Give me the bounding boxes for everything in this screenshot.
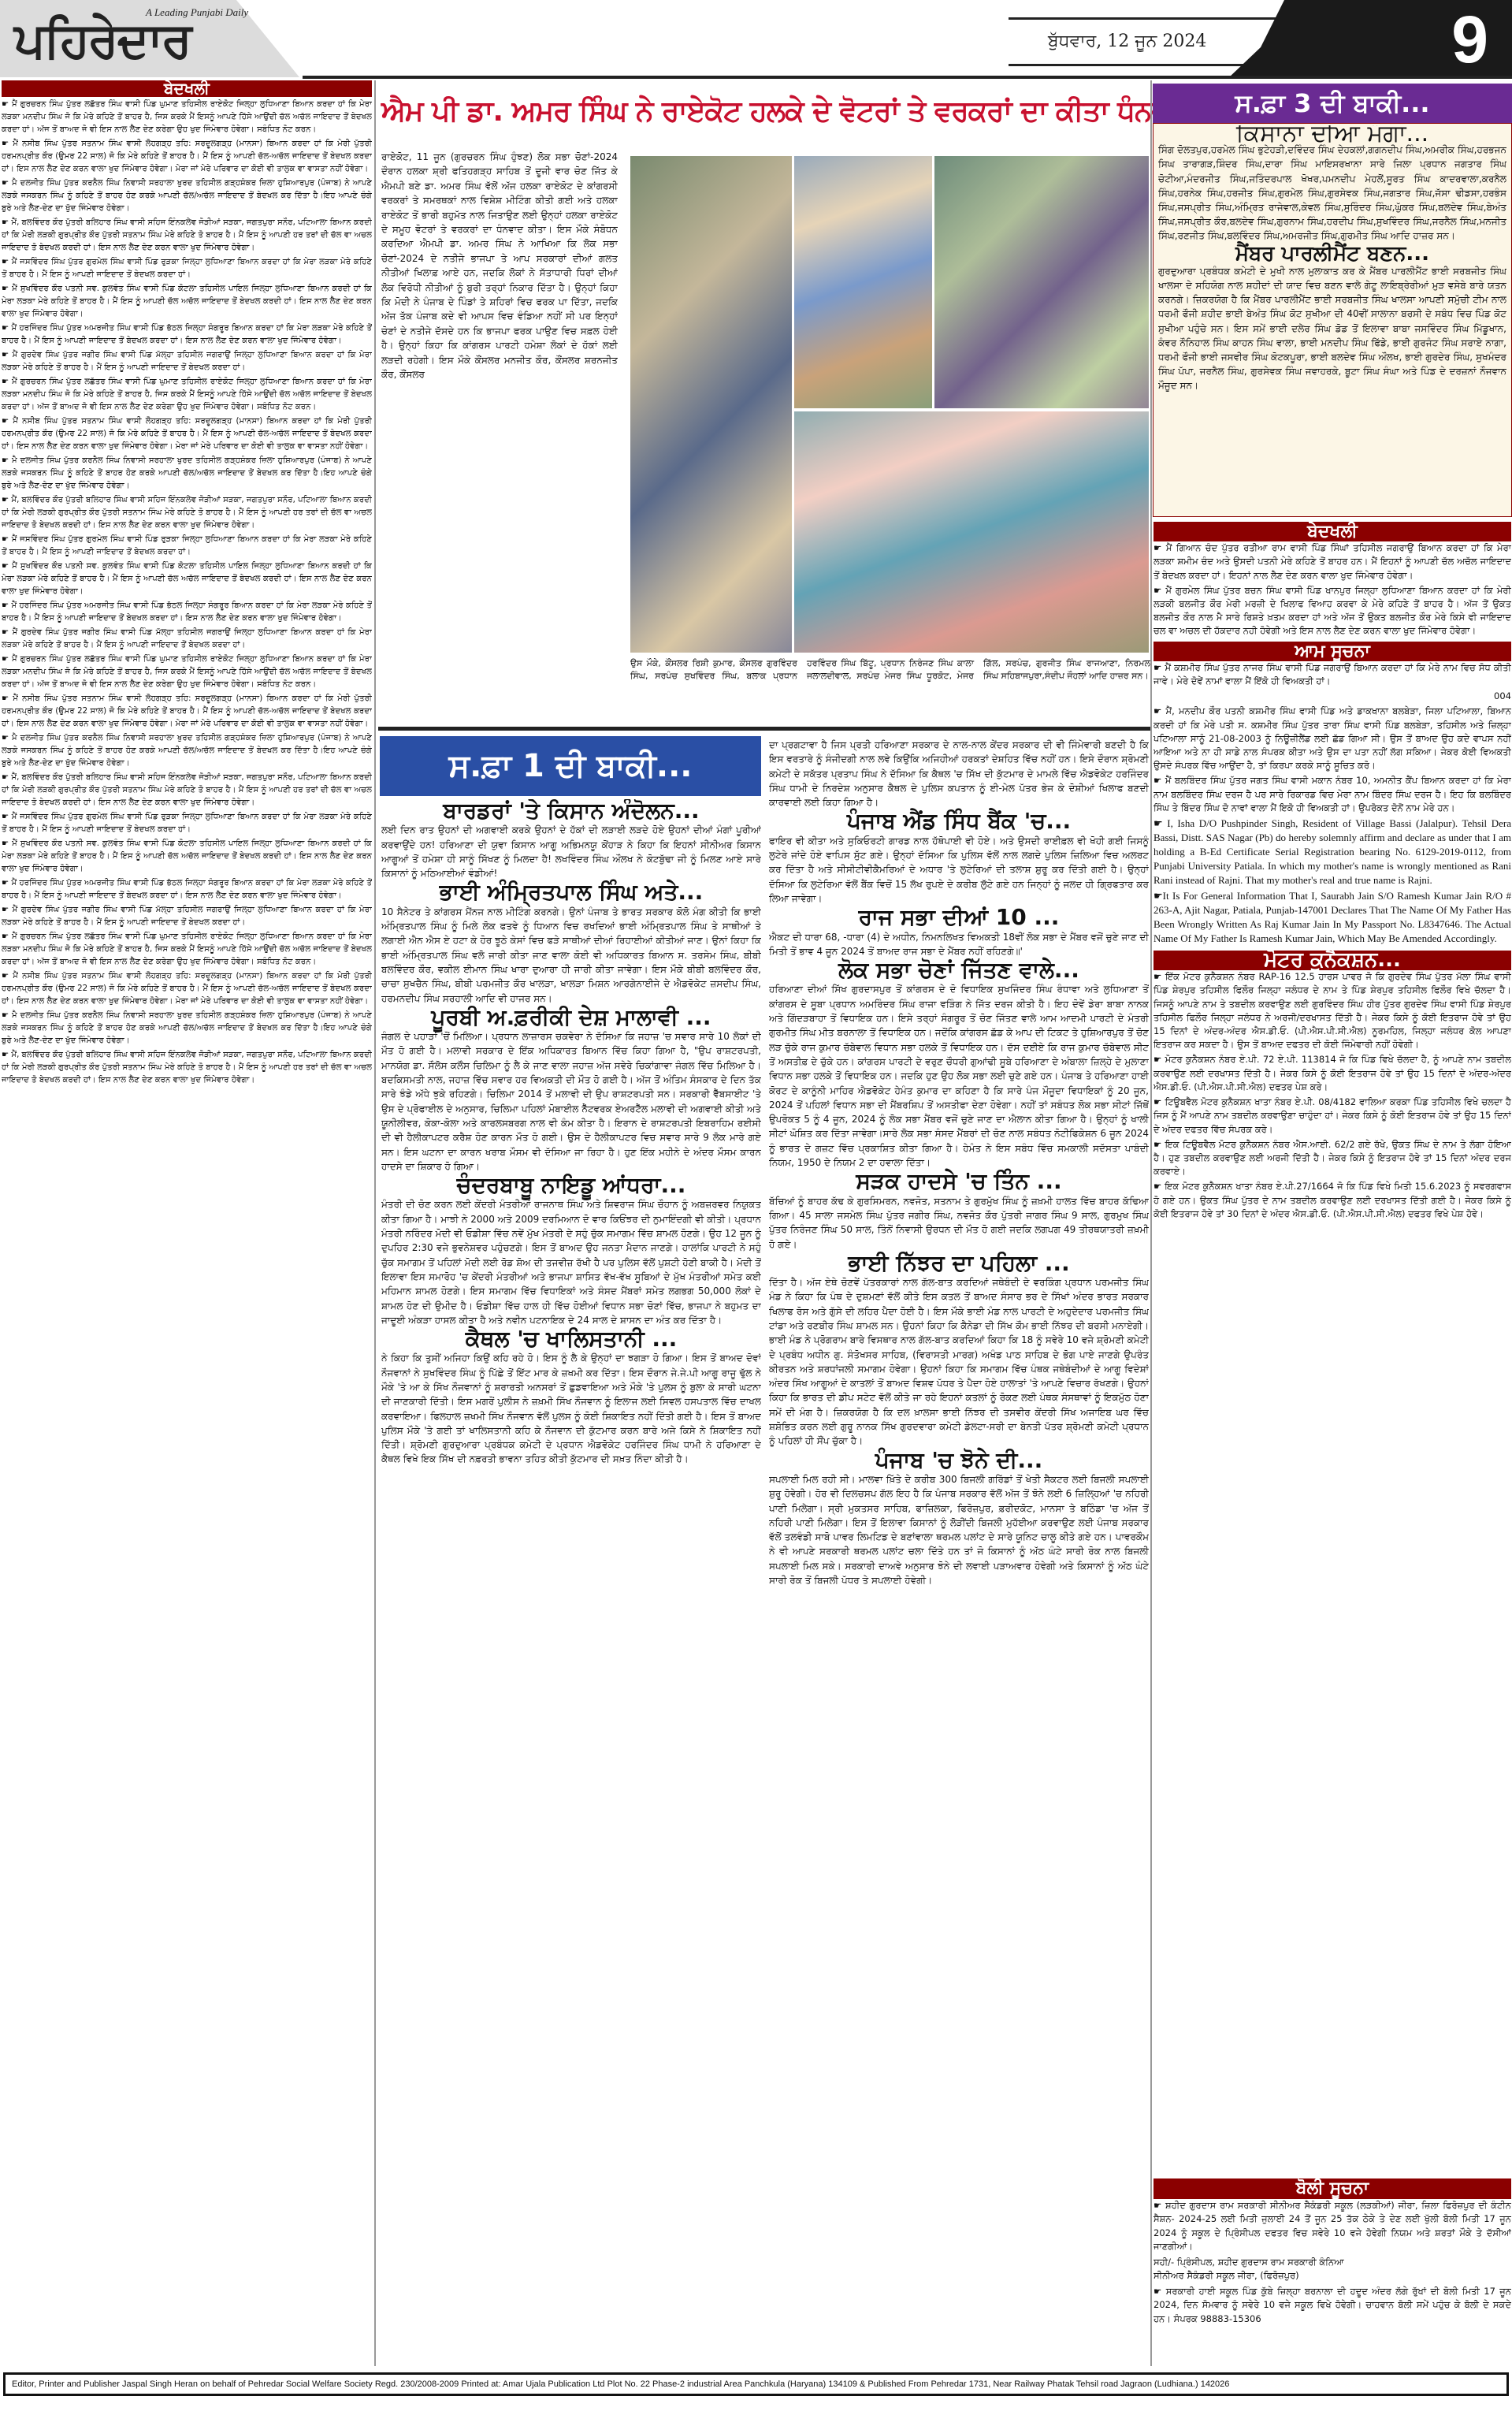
notice-item: ☛ ਟਿਊਬਵੈਲ ਮੋਟਰ ਕੁਨੈਕਸ਼ਨ ਖਾਤਾ ਨੰਬਰ ਏ.ਪੀ. … — [1154, 1096, 1511, 1137]
story-title: ਸੜਕ ਹਾਦਸੇ 'ਚ ਤਿੰਨ ... — [769, 1174, 1149, 1189]
notice-item: ☛ ਮੈਂ ਗੁਰਦੇਵ ਸਿੰਘ ਪੁੱਤਰ ਜਗੀਰ ਸਿੰਘ ਵਾਸੀ ਪ… — [2, 349, 372, 374]
section-header-aam-suchna: ਆਮ ਸੂਚਨਾ — [1154, 642, 1511, 661]
section-header-bedkhli: ਬੇਦਖਲੀ — [2, 80, 372, 97]
story-body: 10 ਸੈਨੇਟਰ ਤੇ ਕਾਂਗਰਸ ਮੈਂਨਜ ਨਾਲ ਮੀਟਿੰਗ ਕਰਨ… — [381, 905, 761, 1006]
story-photo-crowd — [794, 411, 1149, 653]
notice-item: ☛ ਮੈਂ ਸੁਖਵਿੰਦਰ ਕੌਰ ਪਤਨੀ ਸਵ. ਕੁਲਵੰਤ ਸਿੰਘ … — [2, 838, 372, 876]
notice-item: ☛ ਮੈਂ ਗੁਰਚਰਨ ਸਿੰਘ ਪੁੱਤਰ ਲਛੱਤਰ ਸਿੰਘ ਵਾਸੀ … — [2, 931, 372, 969]
notice-item: ☛ ਮੈਂ, ਬਲਵਿੰਦਰ ਕੌਰ ਪੁੱਤਰੀ ਬਲਿਹਾਰ ਸਿੰਘ ਵਾ… — [2, 1049, 372, 1087]
story-title: ਰਾਜ ਸਭਾ ਦੀਆਂ 10 ... — [769, 910, 1149, 925]
page-number-badge: 9 — [1229, 0, 1512, 77]
masthead-rule — [303, 76, 1512, 79]
story-body: ਦਿੱਤਾ ਹੈ। ਅੱਜ ਏਥੇ ਚੋਣਵੇਂ ਪੱਤਰਕਾਰਾਂ ਨਾਲ ਗ… — [769, 1275, 1149, 1449]
notice-item: ☛ ਮੈਂ ਹਰਜਿੰਦਰ ਸਿੰਘ ਪੁੱਤਰ ਅਮਰਜੀਤ ਸਿੰਘ ਵਾਸ… — [2, 322, 372, 348]
story-body: ਐਕਟ ਦੀ ਧਾਰਾ 68, -ਧਾਰਾ (4) ਦੇ ਅਧੀਨ, ਨਿਮਨਲ… — [769, 930, 1149, 959]
notice-item: ☛ ਮੈਂ ਗੁਰਚਰਨ ਸਿੰਘ ਪੁੱਤਰ ਲਛੱਤਰ ਸਿੰਘ ਵਾਸੀ … — [2, 653, 372, 691]
story-body: ਸਪਲਾਈ ਮਿਲ ਰਹੀ ਸੀ। ਮਾਲਵਾ ਖ਼ਿੱਤੇ ਦੇ ਕਰੀਬ 3… — [769, 1472, 1149, 1587]
page1-continued-col1: ਬਾਰਡਰਾਂ 'ਤੇ ਕਿਸਾਨ ਅੰਦੋਲਨ... ਲਈ ਦਿਨ ਰਾਤ ਉ… — [381, 799, 761, 2368]
notice-item: ☛ ਮੋਟਰ ਕੁਨੈਕਸ਼ਨ ਨੰਬਰ ਏ.ਪੀ. 72 ਏ.ਪੀ. 1138… — [1154, 1053, 1511, 1094]
english-notice: ☛ I, Isha D/O Pushpinder Singh, Resident… — [1154, 817, 1511, 887]
page1-continued-col2: ਦਾ ਪ੍ਰਗਟਾਵਾ ਹੈ ਜਿਸ ਪ੍ਰਤੀ ਹਰਿਆਣਾ ਸਰਕਾਰ ਦੇ… — [769, 738, 1149, 2366]
story-title: ਬਾਰਡਰਾਂ 'ਤੇ ਕਿਸਾਨ ਅੰਦੋਲਨ... — [381, 804, 761, 818]
notice-item: ☛ ਮੈਂ ਗੁਰਚਰਨ ਸਿੰਘ ਪੁੱਤਰ ਲਛੱਤਰ ਸਿੰਘ ਵਾਸੀ … — [2, 99, 372, 136]
notice-signature: ਸਹੀ/- ਪ੍ਰਿੰਸੀਪਲ, ਸ਼ਹੀਦ ਗੁਰਦਾਸ ਰਾਮ ਸਰਕਾਰੀ… — [1154, 2256, 1511, 2270]
notice-item: ☛ ਮੈਂ ਨਸੀਬ ਸਿੰਘ ਪੁੱਤਰ ਸਤਨਾਮ ਸਿੰਘ ਵਾਸੀ ਲੋ… — [2, 693, 372, 731]
notice-item: ☛ ਮੈਂ ਜਸਵਿੰਦਰ ਸਿੰਘ ਪੁੱਤਰ ਗੁਰਮੇਲ ਸਿੰਘ ਵਾਸ… — [2, 534, 372, 559]
notice-item: ☛ ਮੈ ਦਲਜੀਤ ਸਿੰਘ ਪੁੱਤਰ ਕਰਨੈਲ ਸਿੰਘ ਨਿਵਾਸੀ … — [2, 177, 372, 215]
notice-ref-number: 004 — [1154, 690, 1511, 703]
notice-list: ☛ ਮੈਂ ਗੁਰਚਰਨ ਸਿੰਘ ਪੁੱਤਰ ਲਛੱਤਰ ਸਿੰਘ ਵਾਸੀ … — [2, 97, 372, 1087]
story-body: ਹਰਿਆਣਾ ਦੀਆਂ ਸਿੱਖ ਗੁਰਦਾਸਪੁਰ ਤੋਂ ਕਾਂਗਰਸ ਦੇ… — [769, 982, 1149, 1170]
notice-item: ☛ ਮੈਂ ਸੁਖਵਿੰਦਰ ਕੌਰ ਪਤਨੀ ਸਵ. ਕੁਲਵੰਤ ਸਿੰਘ … — [2, 560, 372, 598]
notice-item: ☛ ਮੈਂ ਨਸੀਬ ਸਿੰਘ ਪੁੱਤਰ ਸਤਨਾਮ ਸਿੰਘ ਵਾਸੀ ਲੋ… — [2, 970, 372, 1008]
notice-signature: ਸੀਨੀਅਰ ਸੈਕੰਡਰੀ ਸਕੂਲ ਜੀਰਾ, (ਫਿਰੋਜ਼ਪੁਰ) — [1154, 2269, 1511, 2283]
notice-item: ☛ ਮੈਂ, ਬਲਵਿੰਦਰ ਕੌਰ ਪੁੱਤਰੀ ਬਲਿਹਾਰ ਸਿੰਘ ਵਾ… — [2, 217, 372, 255]
publication-date: ਬੁੱਧਵਾਰ, 12 ਜੂਨ 2024 — [1048, 32, 1206, 51]
notice-item: ☛ ਮੈ ਦਲਜੀਤ ਸਿੰਘ ਪੁੱਤਰ ਕਰਨੈਲ ਸਿੰਘ ਨਿਵਾਸੀ … — [2, 455, 372, 493]
story-body: ਮੰਤਰੀ ਦੀ ਚੋਣ ਕਰਨ ਲਈ ਕੇਂਦਰੀ ਮੰਤਰੀਆਂ ਰਾਜਨਾ… — [381, 1197, 761, 1327]
notice-item: ☛ ਮੈ ਦਲਜੀਤ ਸਿੰਘ ਪੁੱਤਰ ਕਰਨੈਲ ਸਿੰਘ ਨਿਵਾਸੀ … — [2, 1010, 372, 1047]
notice-item: ☛ ਸਰਕਾਰੀ ਹਾਈ ਸਕੂਲ ਪਿੰਡ ਕੁੱਬੇ ਜ਼ਿਲ੍ਹਾ ਬਰਨ… — [1154, 2285, 1511, 2327]
notice-item: ☛ ਮੈਂ ਕਸ਼ਮੀਰ ਸਿੰਘ ਪੁੱਤਰ ਨਾਜਰ ਸਿੰਘ ਵਾਸੀ ਪ… — [1154, 661, 1511, 688]
notice-item: ☛ ਮੈਂ ਗੁਰਦੇਵ ਸਿੰਘ ਪੁੱਤਰ ਜਗੀਰ ਸਿੰਘ ਵਾਸੀ ਪ… — [2, 627, 372, 652]
story-title: ਮੈਂਬਰ ਪਾਰਲੀਮੈਂਟ ਬਣਨ... — [1158, 247, 1506, 261]
page-number: 9 — [1451, 2, 1488, 78]
notice-item: ☛ ਮੈਂ ਸੁਖਵਿੰਦਰ ਕੌਰ ਪਤਨੀ ਸਵ. ਕੁਲਵੰਤ ਸਿੰਘ … — [2, 283, 372, 321]
photo-caption: ਉਸ ਮੌਕੇ, ਕੌਂਸਲਰ ਰਿਸ਼ੀ ਕੁਮਾਰ, ਕੌਂਸਲਰ ਗੁਰਵ… — [630, 657, 1150, 720]
notice-item: ☛ ਮੈ ਦਲਜੀਤ ਸਿੰਘ ਪੁੱਤਰ ਕਰਨੈਲ ਸਿੰਘ ਨਿਵਾਸੀ … — [2, 732, 372, 770]
notice-item: ☛ ਮੈਂ, ਮਨਦੀਪ ਕੌਰ ਪਤਨੀ ਕਸ਼ਮੀਰ ਸਿੰਘ ਵਾਸੀ ਪ… — [1154, 705, 1511, 772]
main-story-body: ਰਾਏਕੋਟ, 11 ਜੂਨ (ਗੁਰਚਰਨ ਸਿੰਘ ਹੁੰਝਣ) ਲੋਕ ਸ… — [381, 150, 618, 701]
notice-item: ☛ ਮੈਂ ਨਸੀਬ ਸਿੰਘ ਪੁੱਤਰ ਸਤਨਾਮ ਸਿੰਘ ਵਾਸੀ ਲੋ… — [2, 138, 372, 176]
notice-item: ☛ ਮੈਂ ਗੁਰਦੇਵ ਸਿੰਘ ਪੁੱਤਰ ਜਗੀਰ ਸਿੰਘ ਵਾਸੀ ਪ… — [2, 904, 372, 929]
story-title: ਪੰਜਾਬ ਐਂਡ ਸਿੰਧ ਬੈਂਕ 'ਚ... — [769, 814, 1149, 828]
notice-item: ☛ ਇਕ ਟਿਊਬਵੈਲ ਮੋਟਰ ਕੁਨੈਕਸ਼ਨ ਨੰਬਰ ਐਸ.ਆਈ. 6… — [1154, 1138, 1511, 1179]
story-title: ਪੰਜਾਬ 'ਚ ਝੋਨੇ ਦੀ... — [769, 1453, 1149, 1468]
boli-suchna-section: ਬੋਲੀ ਸੂਚਨਾ ☛ ਸ਼ਹੀਦ ਗੁਰਦਾਸ ਰਾਮ ਸਰਕਾਰੀ ਸੀਨ… — [1154, 2178, 1511, 2368]
left-notices-column: ਬੇਦਖਲੀ ☛ ਮੈਂ ਗੁਰਚਰਨ ਸਿੰਘ ਪੁੱਤਰ ਲਛੱਤਰ ਸਿੰ… — [2, 80, 372, 2366]
main-headline: ਐਮ ਪੀ ਡਾ. ਅਮਰ ਸਿੰਘ ਨੇ ਰਾਏਕੋਟ ਹਲਕੇ ਦੇ ਵੋਟ… — [381, 88, 1154, 136]
notice-item: ☛ ਮੈਂ ਬਲਬਿੰਦਰ ਸਿੰਘ ਪੁੱਤਰ ਜਗਤ ਸਿੰਘ ਵਾਸੀ ਮ… — [1154, 774, 1511, 815]
story-body: ਬੱਚਿਆਂ ਨੂੰ ਬਾਹਰ ਕੱਢ ਕੇ ਗੁਰਸਿਮਰਨ, ਨਵਜੋਤ, … — [769, 1194, 1149, 1252]
column-divider — [1150, 80, 1152, 2366]
page1-continued-banner: ਸ.ਫ਼ਾ 1 ਦੀ ਬਾਕੀ... — [380, 736, 761, 796]
section-header-boli-suchna: ਬੋਲੀ ਸੂਚਨਾ — [1154, 2178, 1511, 2199]
notice-item: ☛ ਮੈਂ ਜਸਵਿੰਦਰ ਸਿੰਘ ਪੁੱਤਰ ਗੁਰਮੇਲ ਸਿੰਘ ਵਾਸ… — [2, 256, 372, 281]
notice-item: ☛ ਇੱਕ ਮੋਟਰ ਕੁਨੈਕਸ਼ਨ ਨੰਬਰ RAP-16 12.5 ਹਾਰ… — [1154, 970, 1511, 1051]
notice-item: ☛ ਮੈਂ, ਬਲਵਿੰਦਰ ਕੌਰ ਪੁੱਤਰੀ ਬਲਿਹਾਰ ਸਿੰਘ ਵਾ… — [2, 772, 372, 809]
story-body: ਜੰਗਲ ਦੇ ਪਹਾੜਾਂ 'ਚੋਂ ਮਿਲਿਆ। ਪ੍ਰਧਾਨ ਲਾਜ਼ਾਰ… — [381, 1029, 761, 1174]
story-body: ਸਿੰਗ ਦੋਲਤਪੁਰ,ਹਰਮੇਲ ਸਿੰਘ ਭੁਟੇਹੜੀ,ਦਵਿੰਦਰ ਸ… — [1158, 143, 1506, 243]
story-photo-group — [934, 156, 1149, 408]
story-body: ਦਾ ਪ੍ਰਗਟਾਵਾ ਹੈ ਜਿਸ ਪ੍ਰਤੀ ਹਰਿਆਣਾ ਸਰਕਾਰ ਦੇ… — [769, 738, 1149, 809]
english-notice: ☛It Is For General Information That I, S… — [1154, 889, 1511, 946]
notice-item: ☛ ਮੈਂ, ਬਲਵਿੰਦਰ ਕੌਰ ਪੁੱਤਰੀ ਬਲਿਹਾਰ ਸਿੰਘ ਵਾ… — [2, 494, 372, 532]
story-body: ਨੇ ਕਿਹਾ ਕਿ ਤੁਸੀਂ ਅਜਿਹਾ ਕਿਉਂ ਕਹਿ ਰਹੇ ਹੋ। … — [381, 1351, 761, 1466]
story-photo-top — [794, 156, 932, 408]
section-header-motor-connection: ਮੋਟਰ ਕੁਨੈਕਸ਼ਨ... — [1154, 951, 1511, 970]
right-notices-column: ਬੇਦਖਲੀ ☛ ਮੈਂ ਗਿਆਨ ਚੰਦ ਪੁੱਤਰ ਰਤੀਆ ਰਾਮ ਵਾਸ… — [1154, 522, 1511, 2366]
story-body: ਗੁਰਦੁਆਰਾ ਪ੍ਰਬੰਧਕ ਕਮੇਟੀ ਦੇ ਮੁਖੀ ਨਾਲ ਮੁਲਾਕ… — [1158, 264, 1506, 393]
tagline: A Leading Punjabi Daily — [146, 6, 248, 19]
story-photo-left — [630, 156, 792, 653]
page3-continued-content: ਕਿਸਾਨਾਂ ਦੀਆਂ ਮੰਗਾਂ... ਸਿੰਗ ਦੋਲਤਪੁਰ,ਹਰਮੇਲ… — [1158, 125, 1506, 515]
notice-item: ☛ ਮੈਂ ਨਸੀਬ ਸਿੰਘ ਪੁੱਤਰ ਸਤਨਾਮ ਸਿੰਘ ਵਾਸੀ ਲੋ… — [2, 415, 372, 453]
notice-item: ☛ ਮੈਂ ਗੁਰਚਰਨ ਸਿੰਘ ਪੁੱਤਰ ਲਛੱਤਰ ਸਿੰਘ ਵਾਸੀ … — [2, 376, 372, 414]
story-title: ਪੂਰਬੀ ਅ.ਫ਼ਰੀਕੀ ਦੇਸ਼ ਮਾਲਾਵੀ ... — [381, 1010, 761, 1025]
notice-item: ☛ ਇਕ ਮੋਟਰ ਕੁਨੈਕਸ਼ਨ ਖਾਤਾ ਨੰਬਰ ਏ.ਪੀ.27/166… — [1154, 1180, 1511, 1221]
section-header-bedkhli: ਬੇਦਖਲੀ — [1154, 522, 1511, 541]
footer-imprint: Editor, Printer and Publisher Jaspal Sin… — [3, 2372, 1509, 2396]
notice-item: ☛ ਸ਼ਹੀਦ ਗੁਰਦਾਸ ਰਾਮ ਸਰਕਾਰੀ ਸੀਨੀਅਰ ਸੈਕੰਡਰੀ… — [1154, 2199, 1511, 2254]
story-title: ਕਿਸਾਨਾਂ ਦੀਆਂ ਮੰਗਾਂ... — [1158, 127, 1506, 141]
notice-item: ☛ ਮੈਂ ਜਸਵਿੰਦਰ ਸਿੰਘ ਪੁੱਤਰ ਗੁਰਮੇਲ ਸਿੰਘ ਵਾਸ… — [2, 811, 372, 836]
page3-continued-banner: ਸ.ਫ਼ਾ 3 ਦੀ ਬਾਕੀ... — [1153, 84, 1512, 123]
column-divider — [374, 80, 376, 2366]
notice-item: ☛ ਮੈਂ ਹਰਜਿੰਦਰ ਸਿੰਘ ਪੁੱਤਰ ਅਮਰਜੀਤ ਸਿੰਘ ਵਾਸ… — [2, 877, 372, 902]
story-title: ਚੰਦਰਬਾਬੂ ਨਾਇਡੂ ਆਂਧਰਾ... — [381, 1178, 761, 1192]
notice-item: ☛ ਮੈਂ ਹਰਜਿੰਦਰ ਸਿੰਘ ਪੁੱਤਰ ਅਮਰਜੀਤ ਸਿੰਘ ਵਾਸ… — [2, 600, 372, 625]
notice-item: ☛ ਮੈਂ ਗੁਰਮੇਲ ਸਿੰਘ ਪੁੱਤਰ ਬਚਨ ਸਿੰਘ ਵਾਸੀ ਪਿ… — [1154, 584, 1511, 638]
notice-item: ☛ ਮੈਂ ਗਿਆਨ ਚੰਦ ਪੁੱਤਰ ਰਤੀਆ ਰਾਮ ਵਾਸੀ ਪਿੰਡ … — [1154, 541, 1511, 582]
story-title: ਭਾਈ ਨਿੱਝਰ ਦਾ ਪਹਿਲਾ ... — [769, 1256, 1149, 1271]
story-body: ਫਾਇਰ ਵੀ ਕੀਤਾ ਅਤੇ ਸੁਕਿਓਰਟੀ ਗਾਰਡ ਨਾਲ ਹੱਥੋਪ… — [769, 834, 1149, 906]
story-title: ਕੈਥਲ 'ਚ ਖਾਲਿਸਤਾਨੀ ... — [381, 1332, 761, 1346]
newspaper-logo: ਪਹਿਰੇਦਾਰ — [14, 11, 191, 69]
main-story-text: ਰਾਏਕੋਟ, 11 ਜੂਨ (ਗੁਰਚਰਨ ਸਿੰਘ ਹੁੰਝਣ) ਲੋਕ ਸ… — [381, 150, 618, 382]
section-rule — [378, 727, 1150, 731]
story-title: ਲੋਕ ਸਭਾ ਚੋਣਾਂ ਜਿੱਤਣ ਵਾਲੇ... — [769, 963, 1149, 977]
story-body: ਲਈ ਦਿਨ ਰਾਤ ਉਹਨਾਂ ਦੀ ਅਗਵਾਈ ਕਰਕੇ ਉਹਨਾਂ ਦੇ … — [381, 823, 761, 880]
story-title: ਭਾਈ ਅੰਮ੍ਰਿਤਪਾਲ ਸਿੰਘ ਅਤੇ... — [381, 885, 761, 899]
masthead: ਪਹਿਰੇਦਾਰ A Leading Punjabi Daily ਬੁੱਧਵਾਰ… — [0, 0, 1512, 79]
page3-continued-box: ਕਿਸਾਨਾਂ ਦੀਆਂ ਮੰਗਾਂ... ਸਿੰਗ ਦੋਲਤਪੁਰ,ਹਰਮੇਲ… — [1153, 123, 1512, 517]
